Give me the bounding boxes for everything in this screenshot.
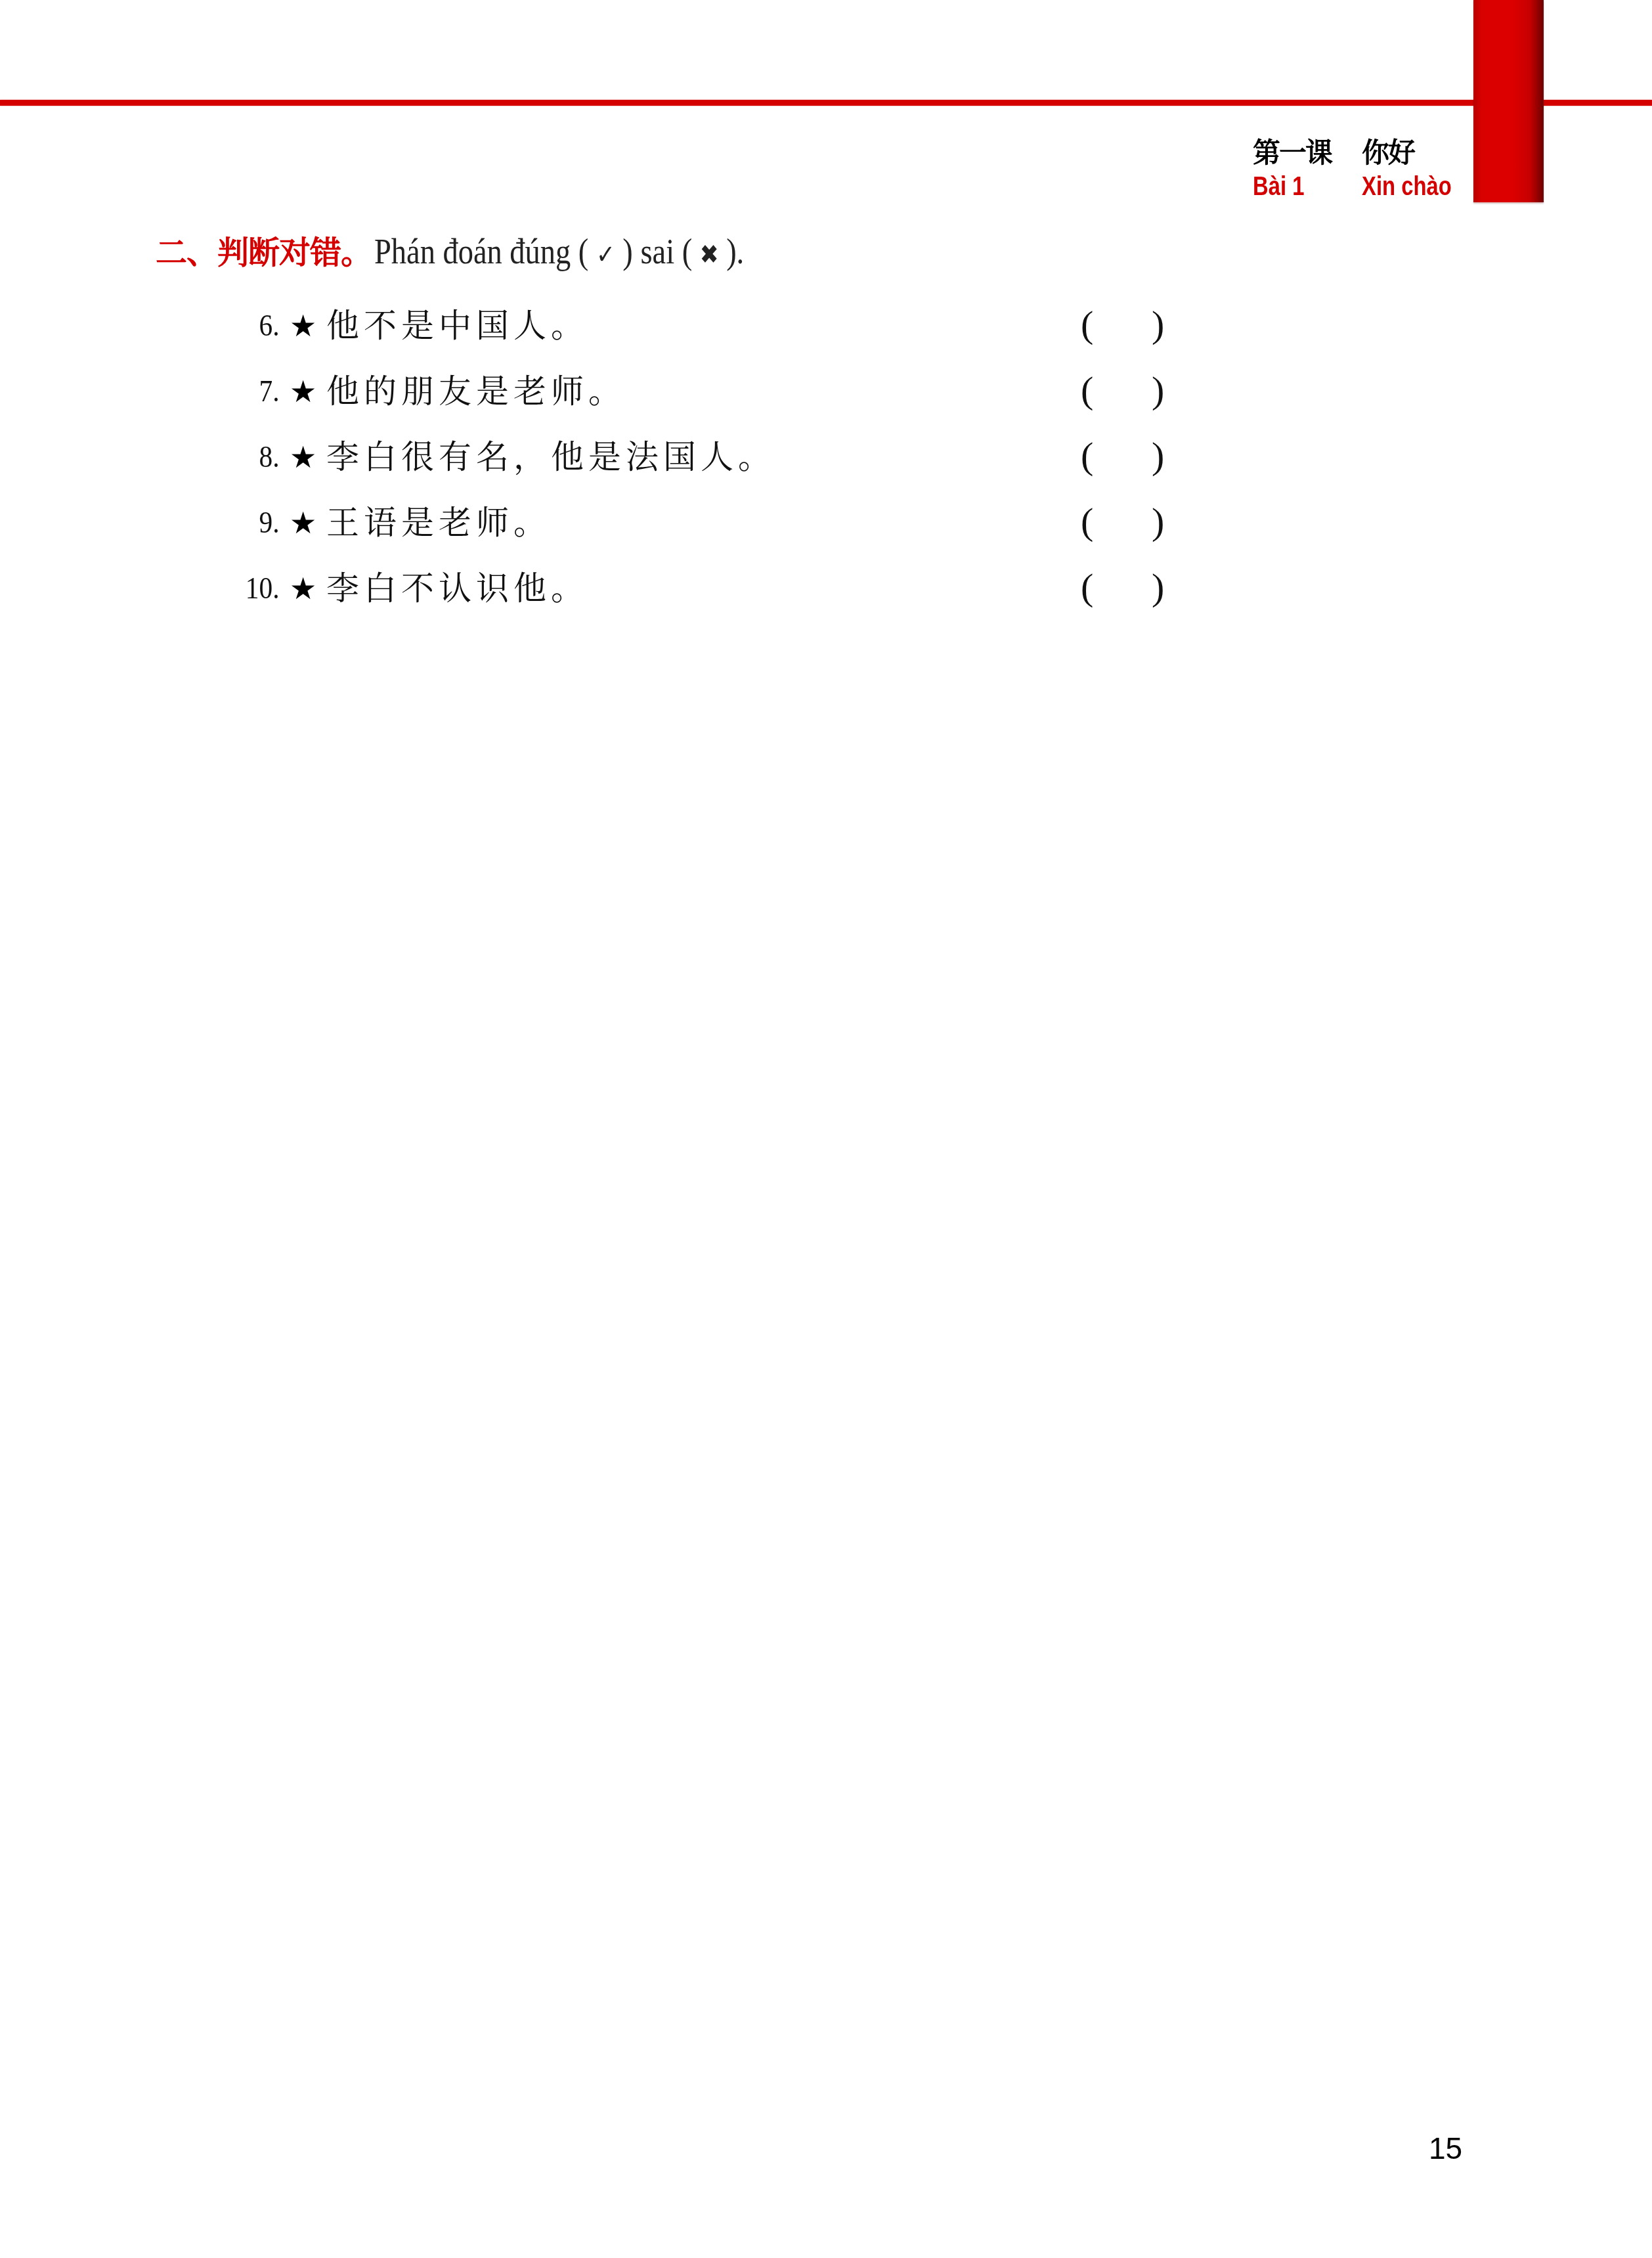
lesson-title-vn: Xin chào: [1362, 172, 1452, 201]
question-number: 7.: [259, 368, 279, 414]
chapter-tab-marker: [1473, 0, 1544, 202]
section-title-cn: 二、判断对错。: [156, 234, 372, 271]
instruction-prefix: Phán đoán đúng (: [374, 232, 596, 271]
question-text: 李白很有名，他是法国人。: [326, 434, 775, 480]
question-text: 李白不认识他。: [326, 565, 588, 611]
answer-slot[interactable]: [1098, 504, 1150, 542]
answer-paren-close: ): [1152, 498, 1164, 544]
answer-paren-open: (: [1081, 564, 1093, 610]
instruction-suffix: ).: [719, 232, 745, 271]
question-text: 他的朋友是老师。: [326, 368, 626, 414]
answer-slot[interactable]: [1098, 372, 1150, 410]
header-rule: [0, 100, 1652, 106]
cross-mark-icon: ✖: [700, 240, 719, 270]
question-number: 8.: [259, 434, 279, 480]
answer-paren-close: ): [1152, 301, 1164, 347]
star-icon: ★: [290, 368, 316, 414]
answer-paren-close: ): [1152, 433, 1164, 479]
answer-paren-open: (: [1081, 498, 1093, 544]
lesson-number-cn: 第一课: [1253, 137, 1332, 169]
answer-paren-open: (: [1081, 433, 1093, 479]
question-text: 王语是老师。: [326, 500, 551, 546]
question-item-9: 9. ★ 王语是老师。 ( ): [0, 500, 1182, 546]
question-item-7: 7. ★ 他的朋友是老师。 ( ): [0, 368, 1182, 414]
answer-slot[interactable]: [1098, 438, 1150, 476]
question-number: 9.: [259, 500, 279, 546]
answer-paren-close: ): [1152, 367, 1164, 413]
question-item-10: 10. ★ 李白不认识他。 ( ): [0, 565, 1182, 611]
section-heading: 二、判断对错。Phán đoán đúng ( ✓ ) sai ( ✖ ).: [156, 230, 804, 282]
section-instruction-vn: Phán đoán đúng ( ✓ ) sai ( ✖ ).: [374, 230, 744, 277]
answer-slot[interactable]: [1098, 307, 1150, 345]
question-item-6: 6. ★ 他不是中国人。 ( ): [0, 303, 1182, 349]
question-number: 6.: [259, 303, 279, 349]
answer-slot[interactable]: [1098, 569, 1150, 608]
answer-paren-open: (: [1081, 301, 1093, 347]
answer-paren-open: (: [1081, 367, 1093, 413]
question-text: 他不是中国人。: [326, 303, 588, 349]
check-mark-icon: ✓: [596, 240, 615, 270]
lesson-number-vn: Bài 1: [1253, 172, 1304, 201]
star-icon: ★: [290, 565, 316, 611]
lesson-title-cn: 你好: [1362, 137, 1414, 169]
page-number: 15: [1429, 2132, 1462, 2165]
question-item-8: 8. ★ 李白很有名，他是法国人。 ( ): [0, 434, 1182, 480]
instruction-middle: ) sai (: [615, 232, 700, 271]
answer-paren-close: ): [1152, 564, 1164, 610]
star-icon: ★: [290, 434, 316, 480]
question-number: 10.: [245, 565, 279, 611]
star-icon: ★: [290, 303, 316, 349]
star-icon: ★: [290, 500, 316, 546]
